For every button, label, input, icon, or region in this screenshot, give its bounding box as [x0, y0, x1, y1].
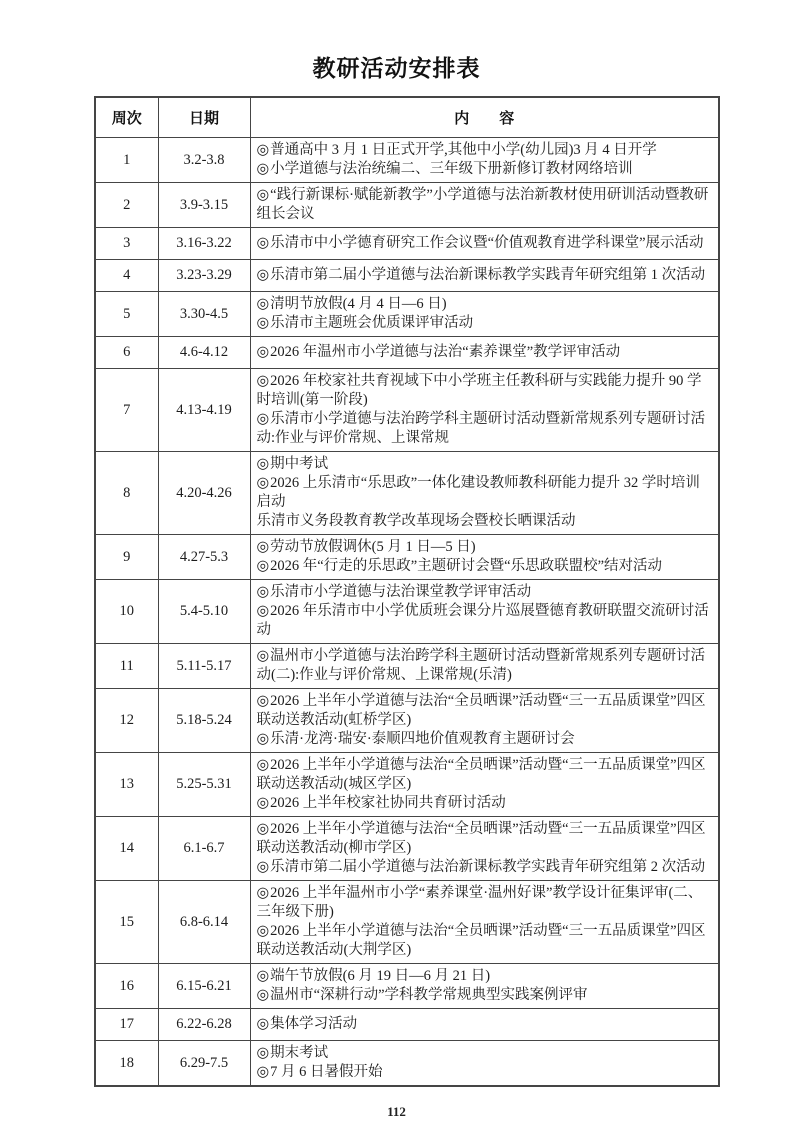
activity-text: 2026 上半年校家社协同共育研讨活动	[270, 795, 506, 811]
activity-item: ◎温州市“深耕行动”学科教学常规典型实践案例评审	[257, 986, 713, 1005]
table-row: 23.9-3.15◎“践行新课标·赋能新教学”小学道德与法治新教材使用研训活动暨…	[95, 183, 719, 228]
bullseye-bullet-icon: ◎	[257, 267, 270, 283]
activity-item: ◎乐清市主题班会优质课评审活动	[257, 314, 713, 333]
activity-item: ◎乐清市第二届小学道德与法治新课标教学实践青年研究组第 2 次活动	[257, 858, 713, 877]
bullseye-bullet-icon: ◎	[257, 731, 270, 747]
date-cell: 5.25-5.31	[158, 753, 250, 817]
activity-text: 乐清市义务段教育教学改革现场会暨校长晒课活动	[257, 513, 576, 529]
activity-text: 2026 上半年小学道德与法治“全员晒课”活动暨“三一五品质课堂”四区联动送教活…	[257, 821, 706, 856]
activity-text: 端午节放假(6 月 19 日—6 月 21 日)	[270, 968, 490, 984]
bullseye-bullet-icon: ◎	[257, 411, 270, 427]
activity-text: 集体学习活动	[270, 1016, 357, 1032]
activity-text: 2026 年乐清市中小学优质班会课分片巡展暨德育教研联盟交流研讨活动	[257, 603, 709, 638]
activity-text: 温州市小学道德与法治跨学科主题研讨活动暨新常规系列专题研讨活动(二):作业与评价…	[257, 648, 706, 683]
date-cell: 6.8-6.14	[158, 881, 250, 964]
activity-text: 乐清市第二届小学道德与法治新课标教学实践青年研究组第 2 次活动	[270, 859, 705, 875]
content-cell: ◎2026 上半年小学道德与法治“全员晒课”活动暨“三一五品质课堂”四区联动送教…	[250, 817, 719, 881]
header-content: 内 容	[250, 97, 719, 138]
activity-text: 乐清市小学道德与法治跨学科主题研讨活动暨新常规系列专题研讨活动:作业与评价常规、…	[257, 411, 706, 446]
table-row: 166.15-6.21◎端午节放假(6 月 19 日—6 月 21 日)◎温州市…	[95, 964, 719, 1009]
bullseye-bullet-icon: ◎	[257, 693, 270, 709]
activity-text: 乐清市第二届小学道德与法治新课标教学实践青年研究组第 1 次活动	[270, 267, 705, 283]
table-row: 156.8-6.14◎2026 上半年温州市小学“素养课堂·温州好课”教学设计征…	[95, 881, 719, 964]
date-cell: 4.13-4.19	[158, 369, 250, 452]
bullseye-bullet-icon: ◎	[257, 821, 270, 837]
activity-text: 2026 年校家社共育视域下中小学班主任教科研与实践能力提升 90 学时培训(第…	[257, 373, 702, 408]
bullseye-bullet-icon: ◎	[257, 161, 270, 177]
content-cell: ◎2026 上半年小学道德与法治“全员晒课”活动暨“三一五品质课堂”四区联动送教…	[250, 689, 719, 753]
week-cell: 18	[95, 1041, 158, 1087]
week-cell: 13	[95, 753, 158, 817]
activity-item: ◎端午节放假(6 月 19 日—6 月 21 日)	[257, 967, 713, 986]
page-number: 112	[0, 1104, 793, 1120]
table-row: 186.29-7.5◎期末考试◎7 月 6 日暑假开始	[95, 1041, 719, 1087]
date-cell: 4.27-5.3	[158, 535, 250, 580]
week-cell: 3	[95, 228, 158, 260]
activity-item: 乐清市义务段教育教学改革现场会暨校长晒课活动	[257, 512, 713, 531]
content-cell: ◎2026 上半年小学道德与法治“全员晒课”活动暨“三一五品质课堂”四区联动送教…	[250, 753, 719, 817]
table-row: 84.20-4.26◎期中考试◎2026 上乐清市“乐思政”一体化建设教师教科研…	[95, 452, 719, 535]
activity-text: 2026 上半年小学道德与法治“全员晒课”活动暨“三一五品质课堂”四区联动送教活…	[257, 693, 706, 728]
activity-item: ◎普通高中 3 月 1 日正式开学,其他中小学(幼儿园)3 月 4 日开学	[257, 141, 713, 160]
activity-item: ◎乐清市小学道德与法治课堂教学评审活动	[257, 583, 713, 602]
table-row: 74.13-4.19◎2026 年校家社共育视域下中小学班主任教科研与实践能力提…	[95, 369, 719, 452]
table-row: 53.30-4.5◎清明节放假(4 月 4 日—6 日)◎乐清市主题班会优质课评…	[95, 292, 719, 337]
table-row: 94.27-5.3◎劳动节放假调休(5 月 1 日—5 日)◎2026 年“行走…	[95, 535, 719, 580]
content-cell: ◎2026 年校家社共育视域下中小学班主任教科研与实践能力提升 90 学时培训(…	[250, 369, 719, 452]
content-cell: ◎清明节放假(4 月 4 日—6 日)◎乐清市主题班会优质课评审活动	[250, 292, 719, 337]
activity-text: 小学道德与法治统编二、三年级下册新修订教材网络培训	[270, 161, 633, 177]
bullseye-bullet-icon: ◎	[257, 795, 270, 811]
page-title: 教研活动安排表	[0, 0, 793, 83]
content-cell: ◎期末考试◎7 月 6 日暑假开始	[250, 1041, 719, 1087]
activity-item: ◎2026 年乐清市中小学优质班会课分片巡展暨德育教研联盟交流研讨活动	[257, 602, 713, 640]
activity-text: 2026 上半年温州市小学“素养课堂·温州好课”教学设计征集评审(二、三年级下册…	[257, 885, 703, 920]
bullseye-bullet-icon: ◎	[257, 142, 270, 158]
week-cell: 6	[95, 337, 158, 369]
week-cell: 5	[95, 292, 158, 337]
table-row: 146.1-6.7◎2026 上半年小学道德与法治“全员晒课”活动暨“三一五品质…	[95, 817, 719, 881]
bullseye-bullet-icon: ◎	[257, 558, 270, 574]
table-row: 115.11-5.17◎温州市小学道德与法治跨学科主题研讨活动暨新常规系列专题研…	[95, 644, 719, 689]
bullseye-bullet-icon: ◎	[257, 187, 270, 203]
activity-item: ◎2026 年温州市小学道德与法治“素养课堂”教学评审活动	[257, 343, 713, 362]
table-row: 135.25-5.31◎2026 上半年小学道德与法治“全员晒课”活动暨“三一五…	[95, 753, 719, 817]
content-cell: ◎2026 年温州市小学道德与法治“素养课堂”教学评审活动	[250, 337, 719, 369]
activity-item: ◎乐清市小学道德与法治跨学科主题研讨活动暨新常规系列专题研讨活动:作业与评价常规…	[257, 410, 713, 448]
week-cell: 11	[95, 644, 158, 689]
activity-item: ◎乐清·龙湾·瑞安·泰顺四地价值观教育主题研讨会	[257, 730, 713, 749]
date-cell: 5.4-5.10	[158, 580, 250, 644]
week-cell: 4	[95, 260, 158, 292]
activity-item: ◎2026 上半年小学道德与法治“全员晒课”活动暨“三一五品质课堂”四区联动送教…	[257, 692, 713, 730]
document-page: 教研活动安排表 周次 日期 内 容 13.2-3.8◎普通高中 3 月 1 日正…	[0, 0, 793, 1122]
content-cell: ◎温州市小学道德与法治跨学科主题研讨活动暨新常规系列专题研讨活动(二):作业与评…	[250, 644, 719, 689]
table-row: 64.6-4.12◎2026 年温州市小学道德与法治“素养课堂”教学评审活动	[95, 337, 719, 369]
date-cell: 6.29-7.5	[158, 1041, 250, 1087]
week-cell: 16	[95, 964, 158, 1009]
date-cell: 3.30-4.5	[158, 292, 250, 337]
activity-item: ◎2026 上半年温州市小学“素养课堂·温州好课”教学设计征集评审(二、三年级下…	[257, 884, 713, 922]
activity-text: 乐清市中小学德育研究工作会议暨“价值观教育进学科课堂”展示活动	[270, 235, 703, 251]
activity-text: 乐清·龙湾·瑞安·泰顺四地价值观教育主题研讨会	[270, 731, 574, 747]
date-cell: 6.1-6.7	[158, 817, 250, 881]
activity-text: “践行新课标·赋能新教学”小学道德与法治新教材使用研训活动暨教研组长会议	[257, 187, 709, 222]
bullseye-bullet-icon: ◎	[257, 987, 270, 1003]
activity-text: 清明节放假(4 月 4 日—6 日)	[270, 296, 446, 312]
date-cell: 5.11-5.17	[158, 644, 250, 689]
activity-item: ◎2026 上半年小学道德与法治“全员晒课”活动暨“三一五品质课堂”四区联动送教…	[257, 756, 713, 794]
activity-text: 乐清市主题班会优质课评审活动	[270, 315, 473, 331]
content-cell: ◎“践行新课标·赋能新教学”小学道德与法治新教材使用研训活动暨教研组长会议	[250, 183, 719, 228]
bullseye-bullet-icon: ◎	[257, 475, 270, 491]
activity-text: 期中考试	[270, 456, 328, 472]
activity-item: ◎“践行新课标·赋能新教学”小学道德与法治新教材使用研训活动暨教研组长会议	[257, 186, 713, 224]
week-cell: 15	[95, 881, 158, 964]
header-week: 周次	[95, 97, 158, 138]
bullseye-bullet-icon: ◎	[257, 296, 270, 312]
content-cell: ◎劳动节放假调休(5 月 1 日—5 日)◎2026 年“行走的乐思政”主题研讨…	[250, 535, 719, 580]
activity-item: ◎2026 年“行走的乐思政”主题研讨会暨“乐思政联盟校”结对活动	[257, 557, 713, 576]
week-cell: 9	[95, 535, 158, 580]
activity-item: ◎2026 上半年小学道德与法治“全员晒课”活动暨“三一五品质课堂”四区联动送教…	[257, 922, 713, 960]
content-cell: ◎乐清市第二届小学道德与法治新课标教学实践青年研究组第 1 次活动	[250, 260, 719, 292]
activity-text: 2026 上半年小学道德与法治“全员晒课”活动暨“三一五品质课堂”四区联动送教活…	[257, 923, 706, 958]
week-cell: 14	[95, 817, 158, 881]
table-row: 105.4-5.10◎乐清市小学道德与法治课堂教学评审活动◎2026 年乐清市中…	[95, 580, 719, 644]
activity-text: 2026 年“行走的乐思政”主题研讨会暨“乐思政联盟校”结对活动	[270, 558, 662, 574]
table-body: 13.2-3.8◎普通高中 3 月 1 日正式开学,其他中小学(幼儿园)3 月 …	[95, 138, 719, 1087]
date-cell: 4.20-4.26	[158, 452, 250, 535]
table-row: 13.2-3.8◎普通高中 3 月 1 日正式开学,其他中小学(幼儿园)3 月 …	[95, 138, 719, 183]
bullseye-bullet-icon: ◎	[257, 315, 270, 331]
activity-text: 2026 年温州市小学道德与法治“素养课堂”教学评审活动	[270, 344, 620, 360]
week-cell: 7	[95, 369, 158, 452]
activity-text: 2026 上乐清市“乐思政”一体化建设教师教科研能力提升 32 学时培训启动	[257, 475, 700, 510]
activity-item: ◎劳动节放假调休(5 月 1 日—5 日)	[257, 538, 713, 557]
date-cell: 3.2-3.8	[158, 138, 250, 183]
header-date: 日期	[158, 97, 250, 138]
bullseye-bullet-icon: ◎	[257, 885, 270, 901]
bullseye-bullet-icon: ◎	[257, 584, 270, 600]
schedule-table: 周次 日期 内 容 13.2-3.8◎普通高中 3 月 1 日正式开学,其他中小…	[94, 96, 720, 1087]
activity-item: ◎2026 上半年校家社协同共育研讨活动	[257, 794, 713, 813]
content-cell: ◎端午节放假(6 月 19 日—6 月 21 日)◎温州市“深耕行动”学科教学常…	[250, 964, 719, 1009]
bullseye-bullet-icon: ◎	[257, 603, 270, 619]
activity-item: ◎期末考试	[257, 1044, 713, 1063]
week-cell: 12	[95, 689, 158, 753]
date-cell: 3.23-3.29	[158, 260, 250, 292]
table-header-row: 周次 日期 内 容	[95, 97, 719, 138]
bullseye-bullet-icon: ◎	[257, 923, 270, 939]
bullseye-bullet-icon: ◎	[257, 1064, 270, 1080]
bullseye-bullet-icon: ◎	[257, 1045, 270, 1061]
date-cell: 6.15-6.21	[158, 964, 250, 1009]
activity-item: ◎温州市小学道德与法治跨学科主题研讨活动暨新常规系列专题研讨活动(二):作业与评…	[257, 647, 713, 685]
bullseye-bullet-icon: ◎	[257, 539, 270, 555]
activity-item: ◎清明节放假(4 月 4 日—6 日)	[257, 295, 713, 314]
date-cell: 5.18-5.24	[158, 689, 250, 753]
bullseye-bullet-icon: ◎	[257, 757, 270, 773]
activity-text: 7 月 6 日暑假开始	[270, 1064, 382, 1080]
bullseye-bullet-icon: ◎	[257, 344, 270, 360]
bullseye-bullet-icon: ◎	[257, 968, 270, 984]
week-cell: 1	[95, 138, 158, 183]
bullseye-bullet-icon: ◎	[257, 456, 270, 472]
bullseye-bullet-icon: ◎	[257, 373, 270, 389]
content-cell: ◎2026 上半年温州市小学“素养课堂·温州好课”教学设计征集评审(二、三年级下…	[250, 881, 719, 964]
activity-text: 乐清市小学道德与法治课堂教学评审活动	[270, 584, 531, 600]
date-cell: 3.16-3.22	[158, 228, 250, 260]
bullseye-bullet-icon: ◎	[257, 1016, 270, 1032]
table-row: 33.16-3.22◎乐清市中小学德育研究工作会议暨“价值观教育进学科课堂”展示…	[95, 228, 719, 260]
content-cell: ◎期中考试◎2026 上乐清市“乐思政”一体化建设教师教科研能力提升 32 学时…	[250, 452, 719, 535]
content-cell: ◎集体学习活动	[250, 1009, 719, 1041]
activity-item: ◎集体学习活动	[257, 1015, 713, 1034]
activity-item: ◎乐清市中小学德育研究工作会议暨“价值观教育进学科课堂”展示活动	[257, 234, 713, 253]
date-cell: 4.6-4.12	[158, 337, 250, 369]
bullseye-bullet-icon: ◎	[257, 235, 270, 251]
activity-text: 劳动节放假调休(5 月 1 日—5 日)	[270, 539, 475, 555]
bullseye-bullet-icon: ◎	[257, 859, 270, 875]
date-cell: 6.22-6.28	[158, 1009, 250, 1041]
table-row: 43.23-3.29◎乐清市第二届小学道德与法治新课标教学实践青年研究组第 1 …	[95, 260, 719, 292]
activity-item: ◎乐清市第二届小学道德与法治新课标教学实践青年研究组第 1 次活动	[257, 266, 713, 285]
week-cell: 10	[95, 580, 158, 644]
week-cell: 8	[95, 452, 158, 535]
activity-text: 温州市“深耕行动”学科教学常规典型实践案例评审	[270, 987, 587, 1003]
activity-item: ◎7 月 6 日暑假开始	[257, 1063, 713, 1082]
activity-item: ◎2026 上半年小学道德与法治“全员晒课”活动暨“三一五品质课堂”四区联动送教…	[257, 820, 713, 858]
activity-text: 期末考试	[270, 1045, 328, 1061]
content-cell: ◎乐清市中小学德育研究工作会议暨“价值观教育进学科课堂”展示活动	[250, 228, 719, 260]
week-cell: 17	[95, 1009, 158, 1041]
activity-text: 普通高中 3 月 1 日正式开学,其他中小学(幼儿园)3 月 4 日开学	[270, 142, 657, 158]
activity-item: ◎期中考试	[257, 455, 713, 474]
activity-item: ◎2026 年校家社共育视域下中小学班主任教科研与实践能力提升 90 学时培训(…	[257, 372, 713, 410]
content-cell: ◎普通高中 3 月 1 日正式开学,其他中小学(幼儿园)3 月 4 日开学◎小学…	[250, 138, 719, 183]
activity-item: ◎2026 上乐清市“乐思政”一体化建设教师教科研能力提升 32 学时培训启动	[257, 474, 713, 512]
bullseye-bullet-icon: ◎	[257, 648, 270, 664]
date-cell: 3.9-3.15	[158, 183, 250, 228]
activity-item: ◎小学道德与法治统编二、三年级下册新修订教材网络培训	[257, 160, 713, 179]
activity-text: 2026 上半年小学道德与法治“全员晒课”活动暨“三一五品质课堂”四区联动送教活…	[257, 757, 706, 792]
content-cell: ◎乐清市小学道德与法治课堂教学评审活动◎2026 年乐清市中小学优质班会课分片巡…	[250, 580, 719, 644]
table-row: 125.18-5.24◎2026 上半年小学道德与法治“全员晒课”活动暨“三一五…	[95, 689, 719, 753]
table-row: 176.22-6.28◎集体学习活动	[95, 1009, 719, 1041]
week-cell: 2	[95, 183, 158, 228]
